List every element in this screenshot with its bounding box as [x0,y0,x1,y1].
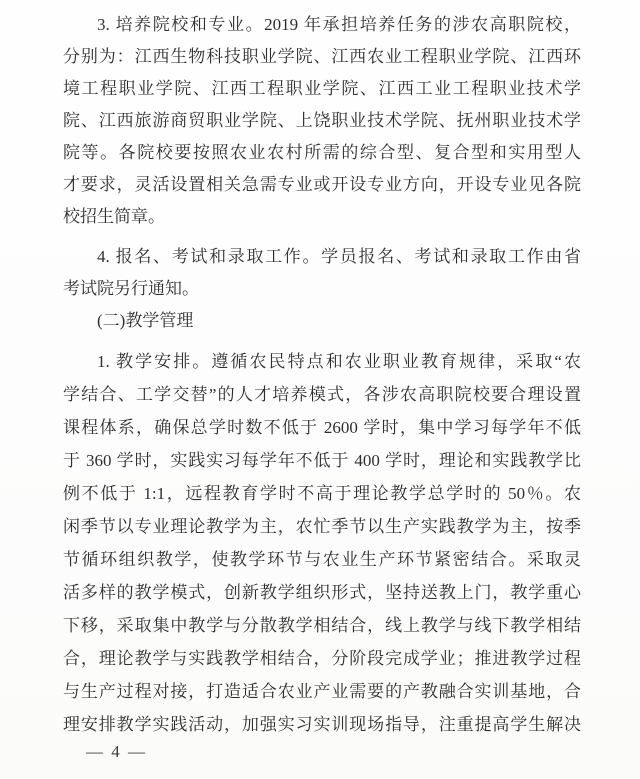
body-line: 考试院另行通知。 [63,273,581,305]
body-line: 课程体系，确保总学时数不低于 2600 学时，集中学习每学年不低 [63,411,581,444]
body-line: 学结合、工学交替”的人才培养模式，各涉农高职院校要合理设置 [63,378,581,411]
body-line: 分别为：江西生物科技职业学院、江西农业工程职业学院、江西环 [63,41,581,73]
body-line: 4. 报名、考试和录取工作。学员报名、考试和录取工作由省 [63,241,581,273]
body-line: 与生产过程对接，打造适合农业产业需要的产教融合实训基地，合 [63,675,581,708]
body-line: 闲季节以专业理论教学为主，农忙季节以生产实践教学为主，按季 [63,510,581,543]
body-line: 3. 培养院校和专业。2019 年承担培养任务的涉农高职院校， [63,9,581,41]
body-line: 合，理论教学与实践教学相结合，分阶段完成学业；推进教学过程 [63,642,581,675]
section-heading: (二)教学管理 [63,305,581,337]
paragraph: 4. 报名、考试和录取工作。学员报名、考试和录取工作由省 考试院另行通知。 [63,241,581,305]
body-line: 校招生简章。 [63,201,581,233]
paragraph: 3. 培养院校和专业。2019 年承担培养任务的涉农高职院校， 分别为：江西生物… [63,9,581,233]
body-line: 境工程职业学院、江西工程职业学院、江西工业工程职业技术学 [63,73,581,105]
document-page: 3. 培养院校和专业。2019 年承担培养任务的涉农高职院校， 分别为：江西生物… [0,0,640,779]
body-line: 院等。各院校要按照农业农村所需的综合型、复合型和实用型人 [63,137,581,169]
body-line: 活多样的教学模式，创新教学组织形式，坚持送教上门，教学重心 [63,576,581,609]
paragraph: 1. 教学安排。遵循农民特点和农业职业教育规律，采取“农 学结合、工学交替”的人… [63,345,581,741]
body-line: 院、江西旅游商贸职业学院、上饶职业技术学院、抚州职业技术学 [63,105,581,137]
body-line: 1. 教学安排。遵循农民特点和农业职业教育规律，采取“农 [63,345,581,378]
body-line: 才要求，灵活设置相关急需专业或开设专业方向，开设专业见各院 [63,169,581,201]
text-block: 3. 培养院校和专业。2019 年承担培养任务的涉农高职院校， 分别为：江西生物… [63,9,581,741]
body-line: 节循环组织教学，使教学环节与农业生产环节紧密结合。采取灵 [63,543,581,576]
page-number-footer: — 4 — [86,737,147,767]
body-line: 下移，采取集中教学与分散教学相结合，线上教学与线下教学相结 [63,609,581,642]
paragraph: (二)教学管理 [63,305,581,337]
body-line: 例不低于 1:1，远程教育学时不高于理论教学总学时的 50％。农 [63,477,581,510]
body-line: 于 360 学时，实践实习每学年不低于 400 学时，理论和实践教学比 [63,444,581,477]
